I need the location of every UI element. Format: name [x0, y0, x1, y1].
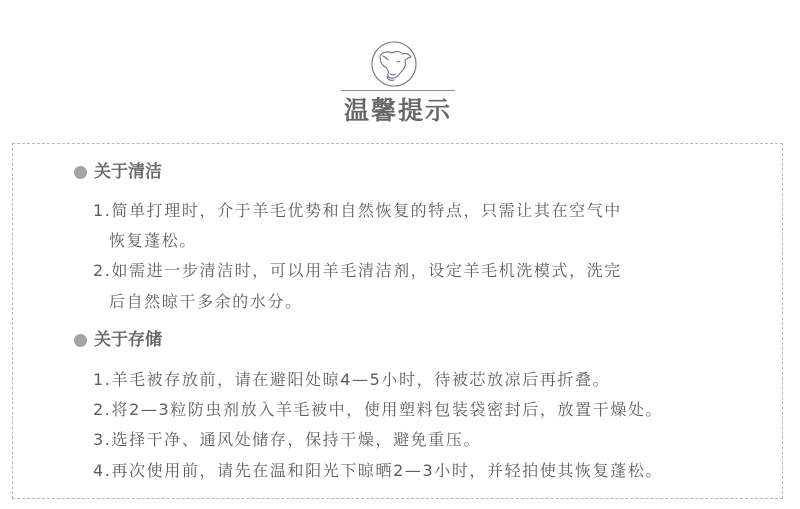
list-item: 3.选择干净、通风处储存，保持干燥，避免重压。 — [93, 428, 481, 452]
title-divider — [341, 90, 455, 91]
section-heading-storage: 关于存储 — [74, 328, 162, 352]
section-heading-cleaning: 关于清洁 — [74, 160, 162, 184]
list-item-continuation: 恢复蓬松。 — [109, 229, 197, 253]
list-item: 1.羊毛被存放前，请在避阳处晾4—5小时，待被芯放凉后再折叠。 — [93, 368, 610, 392]
section-heading-label: 关于存储 — [94, 328, 162, 352]
bullet-icon — [74, 166, 87, 179]
list-item: 2.将2—3粒防虫剂放入羊毛被中，使用塑料包装袋密封后，放置干燥处。 — [93, 398, 663, 422]
sheep-icon — [370, 40, 418, 88]
list-item: 2.如需进一步清洁时，可以用羊毛清洁剂，设定羊毛机洗模式，洗完 — [93, 259, 622, 283]
bullet-icon — [74, 334, 87, 347]
section-heading-label: 关于清洁 — [94, 160, 162, 184]
page-title: 温馨提示 — [330, 94, 466, 128]
header: 温馨提示 — [0, 0, 800, 140]
list-item: 1.简单打理时，介于羊毛优势和自然恢复的特点，只需让其在空气中 — [93, 199, 622, 223]
list-item: 4.再次使用前，请先在温和阳光下晾晒2—3小时，并轻拍使其恢复蓬松。 — [93, 459, 663, 483]
list-item-continuation: 后自然晾干多余的水分。 — [109, 290, 303, 314]
